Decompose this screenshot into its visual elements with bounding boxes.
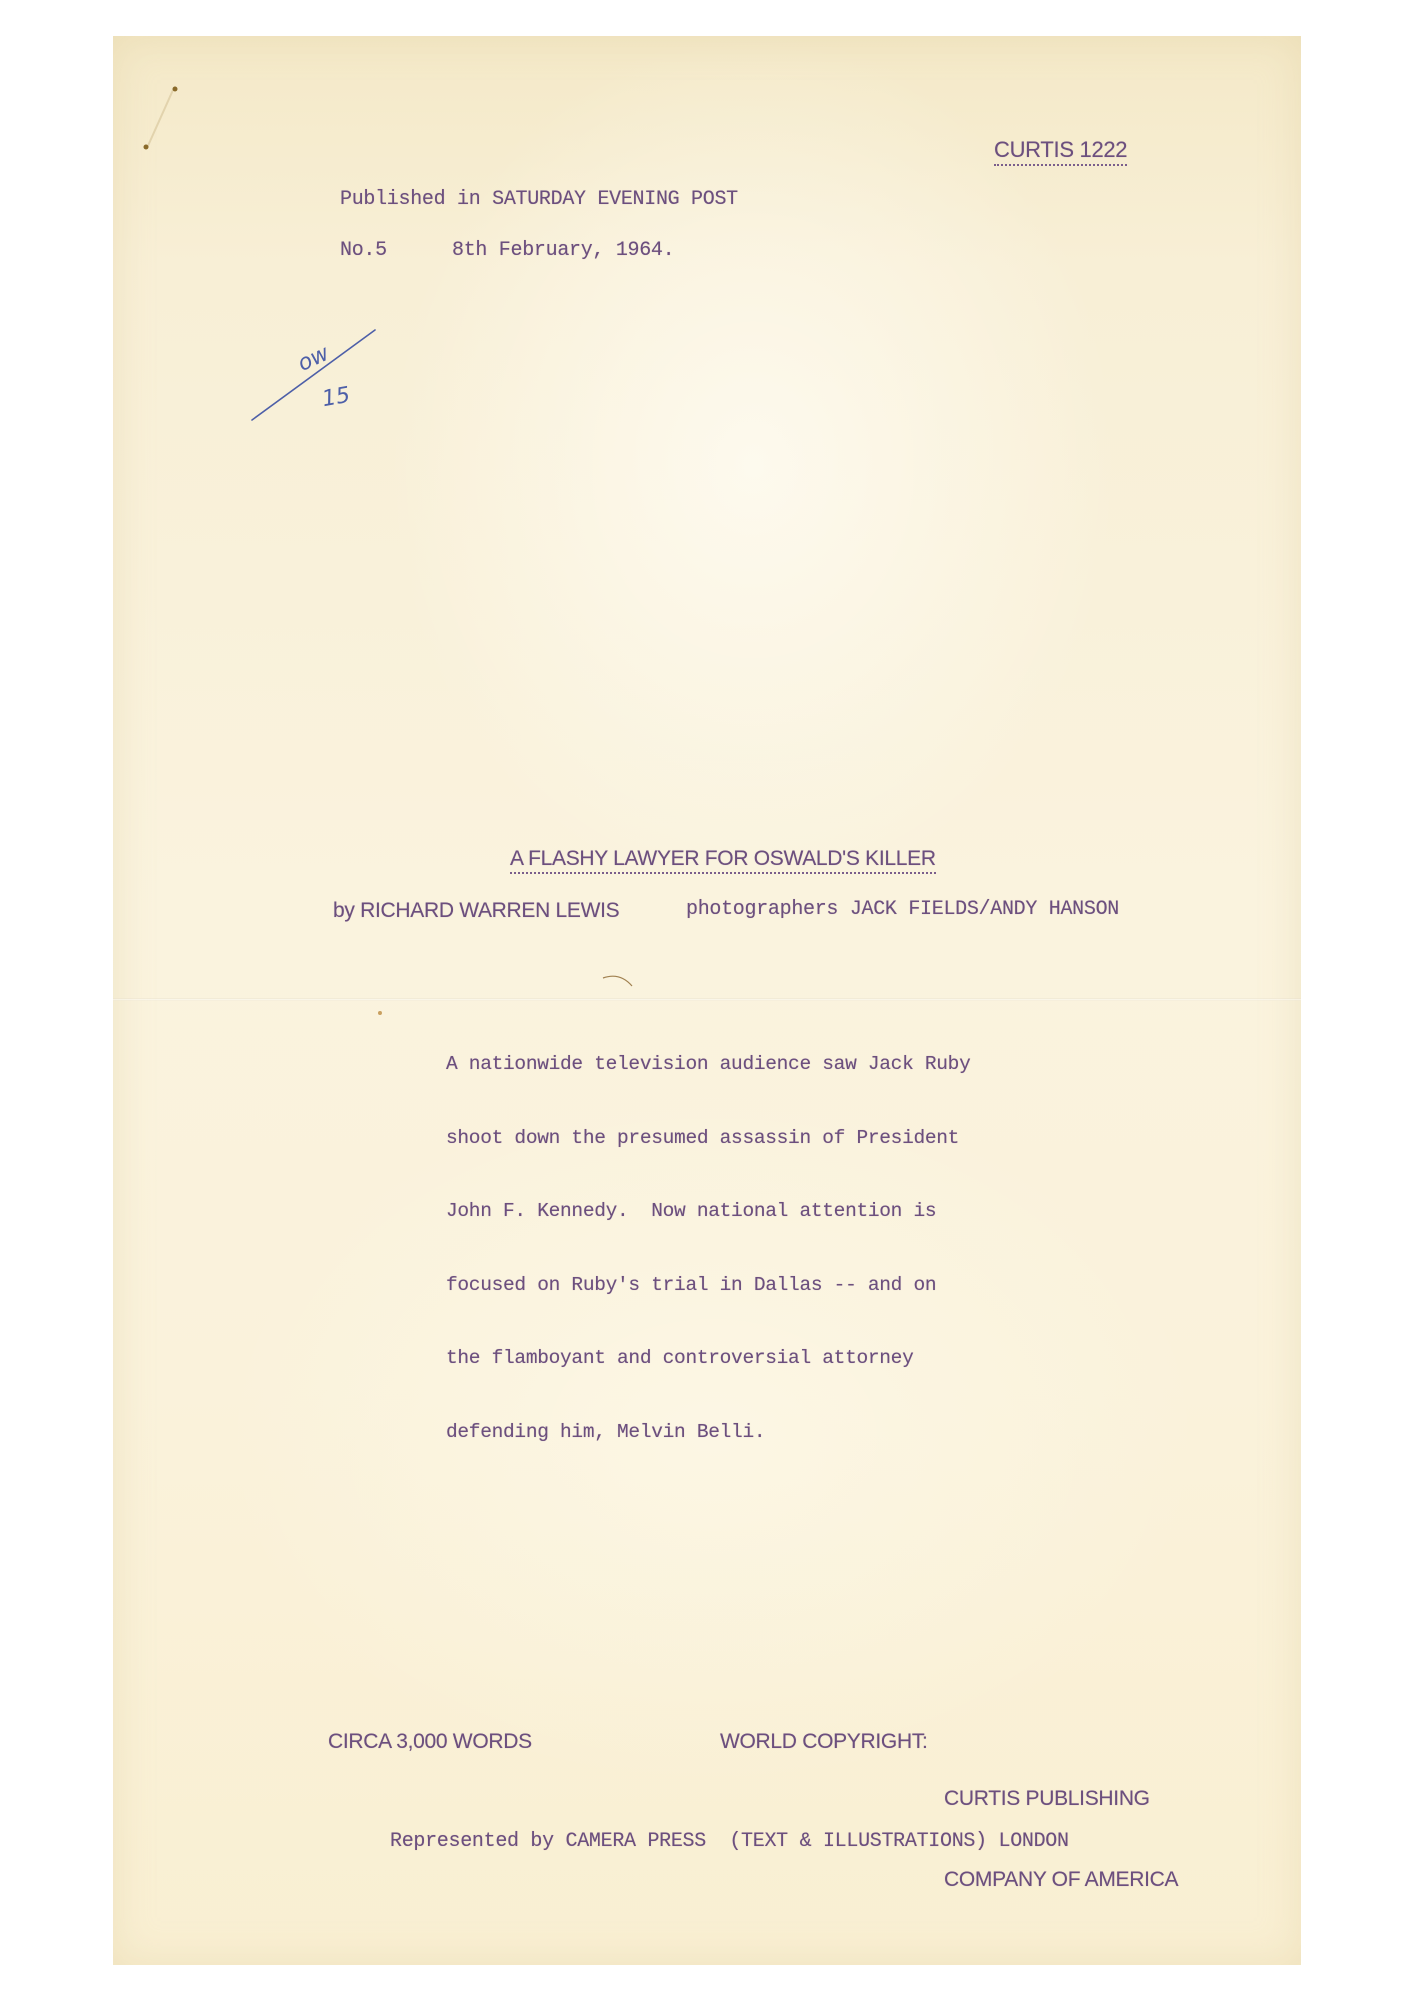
abstract-line: the flamboyant and controversial attorne… (446, 1346, 971, 1371)
publication-line: Published in SATURDAY EVENING POST (340, 190, 738, 210)
hair-mark-icon (600, 972, 660, 1002)
issue-date: 8th February, 1964. (452, 241, 674, 261)
copyright-label: WORLD COPYRIGHT: (720, 1731, 928, 1752)
handwritten-top: ow (294, 340, 334, 376)
copyright-holder-line: CURTIS PUBLISHING (944, 1785, 1178, 1812)
word-count: CIRCA 3,000 WORDS (328, 1731, 532, 1752)
handwritten-bottom: 15 (320, 383, 352, 412)
photographers-credit: photographers JACK FIELDS/ANDY HANSON (686, 900, 1119, 920)
byline: by RICHARD WARREN LEWIS (333, 900, 619, 921)
abstract-line: John F. Kennedy. Now national attention … (446, 1199, 971, 1224)
issue-number: No.5 (340, 241, 387, 261)
abstract-line: defending him, Melvin Belli. (446, 1420, 971, 1445)
staple-holes-icon (133, 76, 193, 166)
article-abstract: A nationwide television audience saw Jac… (446, 1003, 971, 1469)
abstract-line: shoot down the presumed assassin of Pres… (446, 1126, 971, 1151)
reference-code: CURTIS 1222 (994, 139, 1127, 166)
fold-crease (113, 998, 1301, 1001)
ink-speck (378, 1011, 382, 1015)
handwritten-annotation: ow 15 (240, 305, 380, 430)
copyright-holder: CURTIS PUBLISHING COMPANY OF AMERICA (944, 1731, 1178, 1920)
agency-representation: Represented by CAMERA PRESS (TEXT & ILLU… (390, 1832, 1069, 1852)
copyright-holder-line: COMPANY OF AMERICA (944, 1866, 1178, 1893)
article-title: A FLASHY LAWYER FOR OSWALD'S KILLER (510, 848, 936, 874)
abstract-line: A nationwide television audience saw Jac… (446, 1052, 971, 1077)
abstract-line: focused on Ruby's trial in Dallas -- and… (446, 1273, 971, 1298)
